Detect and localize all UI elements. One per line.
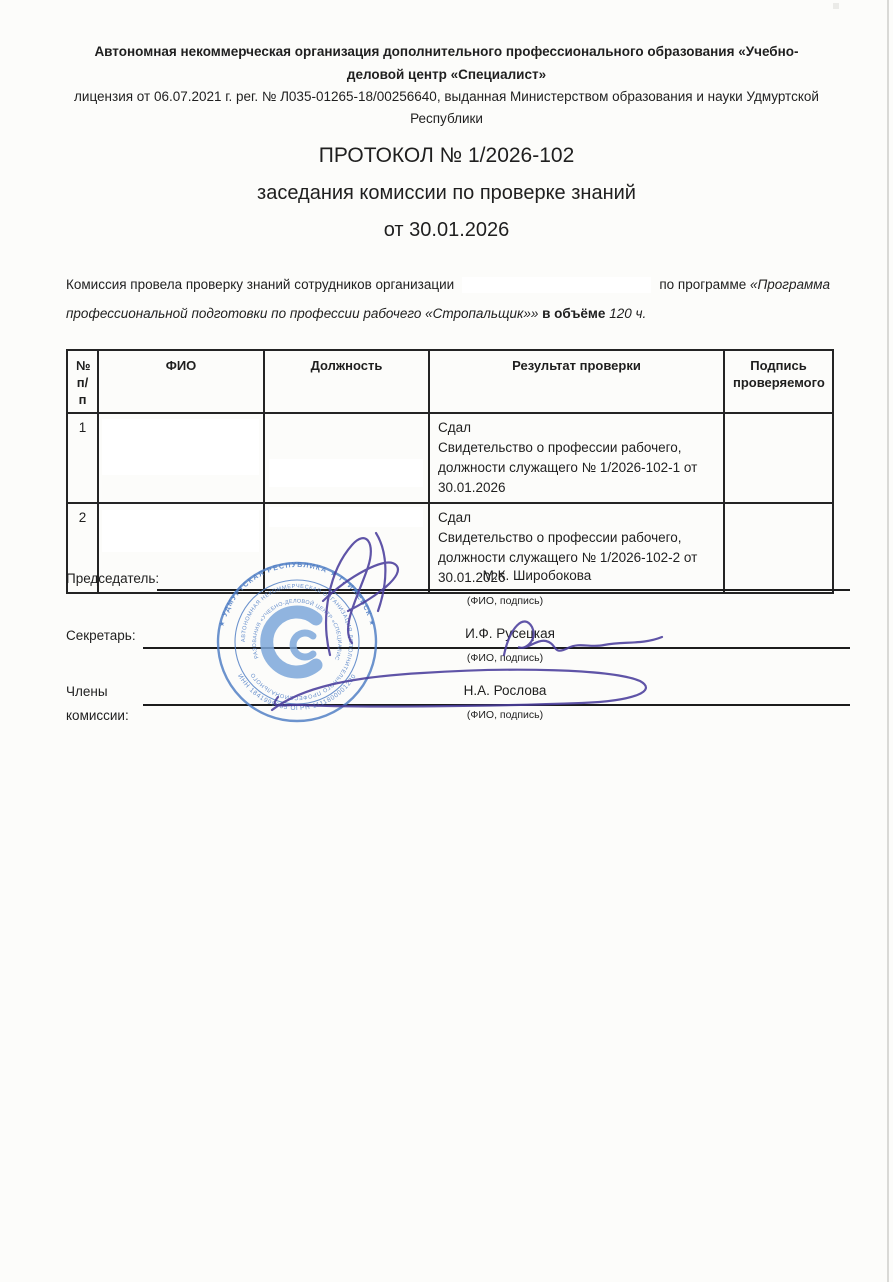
chairman-handwritten-signature [323, 533, 398, 655]
intro-text: Комиссия провела проверку знаний сотрудн… [66, 275, 454, 295]
header-position: Должность [264, 350, 429, 413]
scan-edge-line [887, 0, 889, 1282]
license-line1: лицензия от 06.07.2021 г. рег. № Л035-01… [0, 86, 893, 108]
header-num: № п/п [67, 350, 98, 413]
row2-signature-cell [724, 503, 833, 593]
table-row: 1 Сдал Свидетельство о профессии рабочег… [67, 413, 833, 503]
protocol-date: от 30.01.2026 [0, 219, 893, 242]
members-label-line1: Члены [66, 684, 108, 700]
intro-line1: Комиссия провела проверку знаний сотрудн… [66, 275, 830, 295]
row1-position [264, 413, 429, 503]
document-header: Автономная некоммерческая организация до… [0, 0, 893, 242]
row1-result-status: Сдал [438, 418, 715, 438]
intro-line2: профессиональной подготовки по профессии… [66, 304, 830, 324]
program-segment: по программе «Программа [659, 275, 830, 295]
chairman-label: Председатель: [66, 571, 159, 587]
row1-result-details: Свидетельство о профессии рабочего, долж… [438, 440, 697, 495]
row1-num: 1 [67, 413, 98, 503]
header-signature: Подпись проверяемого [724, 350, 833, 413]
intro-paragraph: Комиссия провела проверку знаний сотрудн… [66, 275, 830, 324]
program-name-rest: профессиональной подготовки по профессии… [66, 306, 538, 321]
handwritten-signatures [180, 513, 700, 745]
header-result: Результат проверки [429, 350, 724, 413]
members-label-line2: комиссии: [66, 708, 129, 724]
secretary-handwritten-signature [504, 622, 662, 655]
row1-signature-cell [724, 413, 833, 503]
redaction-box [269, 459, 423, 487]
scan-artifact [833, 3, 839, 9]
secretary-label: Секретарь: [66, 628, 136, 644]
protocol-title: ПРОТОКОЛ № 1/2026-102 [0, 144, 893, 168]
program-name-start: «Программа [750, 277, 830, 292]
table-header-row: № п/п ФИО Должность Результат проверки П… [67, 350, 833, 413]
scanned-protocol-page: Автономная некоммерческая организация до… [0, 0, 893, 1282]
program-label: по программе [659, 277, 746, 292]
redaction-box [102, 419, 259, 475]
protocol-subtitle: заседания комиссии по проверке знаний [0, 182, 893, 205]
volume-value: 120 ч. [609, 306, 646, 321]
volume-label: в объёме [542, 306, 605, 321]
members-handwritten-signature [272, 670, 646, 710]
org-name-line2: деловой центр «Специалист» [0, 63, 893, 86]
license-line2: Республики [0, 108, 893, 130]
header-fio: ФИО [98, 350, 264, 413]
org-name-line1: Автономная некоммерческая организация до… [0, 40, 893, 63]
row1-fio [98, 413, 264, 503]
row1-result: Сдал Свидетельство о профессии рабочего,… [429, 413, 724, 503]
redacted-org-name [462, 277, 651, 293]
